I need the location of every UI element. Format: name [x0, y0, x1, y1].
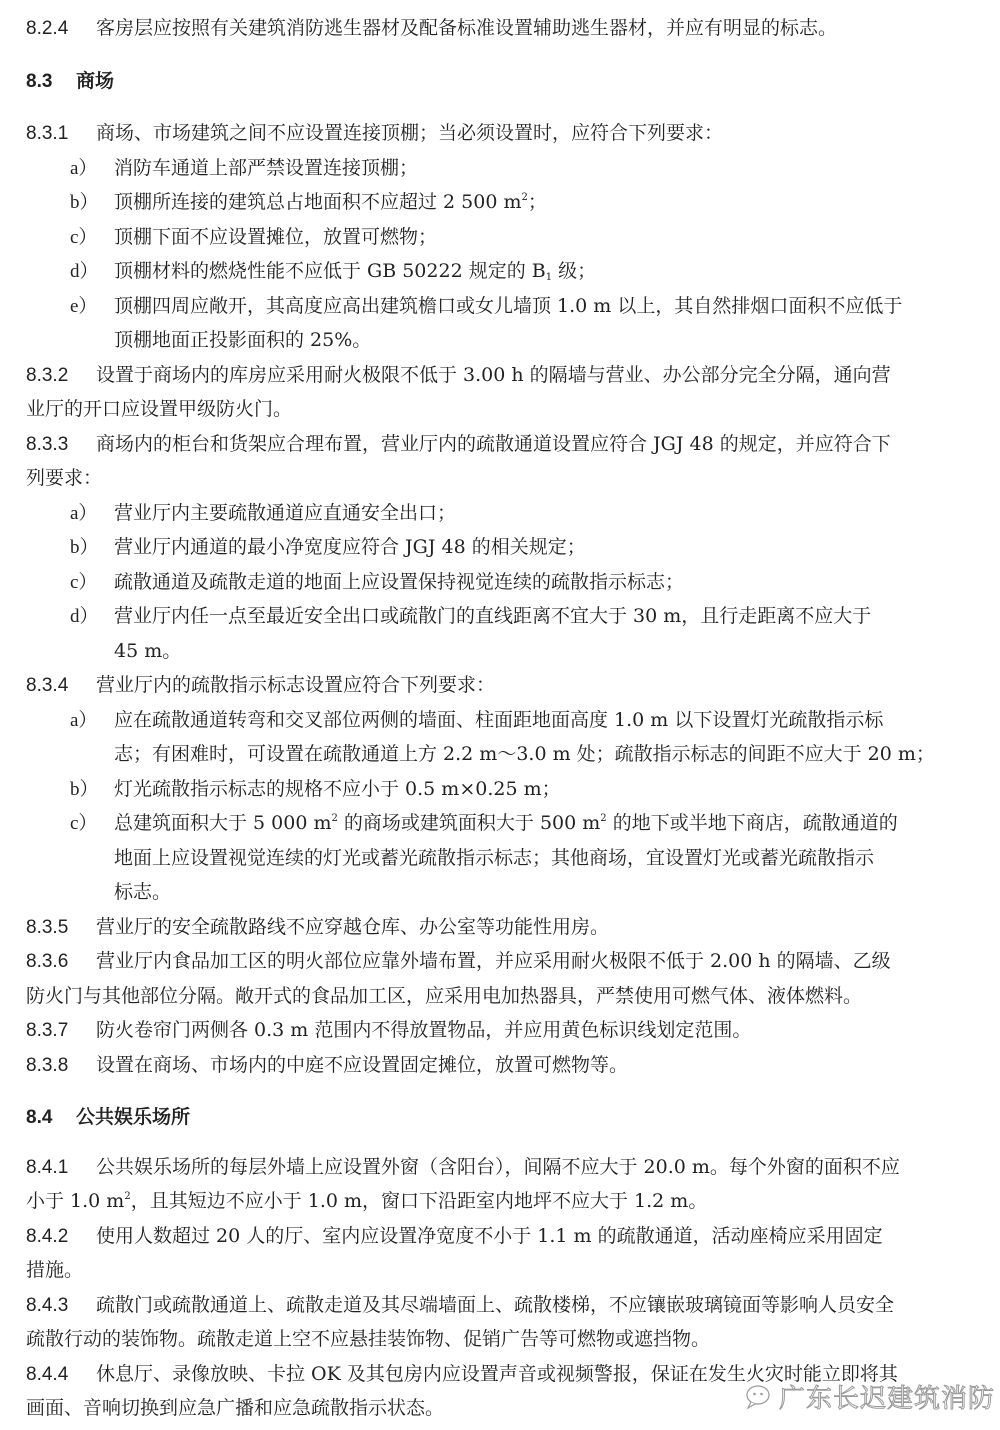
item-text: 灯光疏散指示标志的规格不应小于 0.5 m×0.25 m；	[114, 778, 561, 800]
clause-continuation: 防火门与其他部位分隔。敞开式的食品加工区，应采用电加热器具，严禁使用可燃气体、液…	[26, 984, 862, 1008]
item-text-tail: 的商场或建筑面积大于 500 m	[338, 812, 600, 834]
clause-number: 8.4.2	[26, 1225, 96, 1249]
clause-number: 8.3.6	[26, 950, 96, 974]
clause-8-4-2: 8.4.2使用人数超过 20 人的厅、室内应设置净宽度不小于 1.1 m 的疏散…	[26, 1224, 883, 1249]
item-letter: d）	[70, 605, 114, 629]
clause-8-4-3: 8.4.3疏散门或疏散通道上、疏散走道及其尽端墙面上、疏散楼梯，不应镶嵌玻璃镜面…	[26, 1293, 894, 1318]
clause-number: 8.4.3	[26, 1294, 96, 1318]
clause-8-2-4: 8.2.4客房层应按照有关建筑消防逃生器材及配备标准设置辅助逃生器材，并应有明显…	[26, 16, 837, 41]
list-item-8-3-3-c: c）疏散通道及疏散走道的地面上应设置保持视觉连续的疏散指示标志；	[70, 570, 684, 595]
item-text: 顶棚四周应敞开，其高度应高出建筑檐口或女儿墙顶 1.0 m 以上，其自然排烟口面…	[114, 295, 902, 317]
item-letter: a）	[70, 502, 114, 526]
item-letter: b）	[70, 191, 114, 215]
list-item-8-3-4-b: b）灯光疏散指示标志的规格不应小于 0.5 m×0.25 m；	[70, 777, 561, 802]
list-item-8-3-4-c: c）总建筑面积大于 5 000 m2 的商场或建筑面积大于 500 m2 的地下…	[70, 811, 898, 836]
clause-text: 公共娱乐场所的每层外墙上应设置外窗（含阳台），间隔不应大于 20.0 m。每个外…	[96, 1156, 900, 1178]
clause-text: 措施。	[26, 1259, 83, 1281]
list-item-8-3-3-a: a）营业厅内主要疏散通道应直通安全出口；	[70, 501, 456, 526]
clause-text: 商场内的柜台和货架应合理布置，营业厅内的疏散通道设置应符合 JGJ 48 的规定…	[96, 433, 891, 455]
clause-text: 营业厅内食品加工区的明火部位应靠外墙布置，并应采用耐火极限不低于 2.00 h …	[96, 950, 891, 972]
list-item-8-3-1-b: b）顶棚所连接的建筑总占地面积不应超过 2 500 m2；	[70, 190, 547, 215]
clause-8-3-6: 8.3.6营业厅内食品加工区的明火部位应靠外墙布置，并应采用耐火极限不低于 2.…	[26, 949, 891, 974]
clause-number: 8.3.3	[26, 433, 96, 457]
list-item-8-3-3-b: b）营业厅内通道的最小净宽度应符合 JGJ 48 的相关规定；	[70, 535, 586, 560]
clause-number: 8.4.4	[26, 1363, 96, 1387]
clause-text: 客房层应按照有关建筑消防逃生器材及配备标准设置辅助逃生器材，并应有明显的标志。	[96, 17, 837, 39]
section-title: 商场	[76, 70, 114, 92]
item-text: 顶棚下面不应设置摊位，放置可燃物；	[114, 226, 437, 248]
item-letter: b）	[70, 536, 114, 560]
section-number: 8.3	[26, 70, 76, 94]
list-item-continuation: 志；有困难时，可设置在疏散通道上方 2.2 m～3.0 m 处；疏散指示标志的间…	[114, 742, 935, 766]
clause-8-3-7: 8.3.7防火卷帘门两侧各 0.3 m 范围内不得放置物品，并应用黄色标识线划定…	[26, 1018, 751, 1043]
item-letter: c）	[70, 812, 114, 836]
list-item-continuation: 45 m。	[114, 639, 181, 663]
item-letter: c）	[70, 571, 114, 595]
clause-8-3-3: 8.3.3商场内的柜台和货架应合理布置，营业厅内的疏散通道设置应符合 JGJ 4…	[26, 432, 891, 457]
clause-number: 8.3.5	[26, 916, 96, 940]
clause-number: 8.3.1	[26, 122, 96, 146]
item-text: 顶棚所连接的建筑总占地面积不应超过 2 500 m	[114, 191, 522, 213]
wechat-icon	[745, 1384, 775, 1410]
clause-8-4-1: 8.4.1公共娱乐场所的每层外墙上应设置外窗（含阳台），间隔不应大于 20.0 …	[26, 1155, 900, 1180]
clause-text: 小于 1.0 m	[26, 1190, 124, 1212]
item-text: 志；有困难时，可设置在疏散通道上方 2.2 m～3.0 m 处；疏散指示标志的间…	[114, 743, 935, 765]
item-letter: e）	[70, 295, 114, 319]
item-text: 营业厅内主要疏散通道应直通安全出口；	[114, 502, 456, 524]
section-heading-8-3: 8.3商场	[26, 69, 114, 94]
clause-text: 疏散门或疏散通道上、疏散走道及其尽端墙面上、疏散楼梯，不应镶嵌玻璃镜面等影响人员…	[96, 1294, 894, 1316]
item-letter: a）	[70, 709, 114, 733]
clause-text: 画面、音响切换到应急广播和应急疏散指示状态。	[26, 1397, 444, 1419]
clause-8-3-4: 8.3.4营业厅内的疏散指示标志设置应符合下列要求：	[26, 673, 495, 698]
clause-text: 列要求：	[26, 467, 102, 489]
item-text: 地面上应设置视觉连续的灯光或蓄光疏散指示标志；其他商场，宜设置灯光或蓄光疏散指示	[114, 847, 874, 869]
item-text: 营业厅内任一点至最近安全出口或疏散门的直线距离不宜大于 30 m，且行走距离不应…	[114, 605, 871, 627]
clause-continuation: 小于 1.0 m2，且其短边不应小于 1.0 m，窗口下沿距室内地坪不应大于 1…	[26, 1189, 707, 1213]
clause-text: 防火卷帘门两侧各 0.3 m 范围内不得放置物品，并应用黄色标识线划定范围。	[96, 1019, 751, 1041]
list-item-8-3-1-e: e）顶棚四周应敞开，其高度应高出建筑檐口或女儿墙顶 1.0 m 以上，其自然排烟…	[70, 294, 902, 319]
clause-number: 8.2.4	[26, 17, 96, 41]
clause-number: 8.3.7	[26, 1019, 96, 1043]
clause-8-3-8: 8.3.8设置在商场、市场内的中庭不应设置固定摊位，放置可燃物等。	[26, 1053, 628, 1078]
item-text: 标志。	[114, 881, 171, 903]
item-text: 营业厅内通道的最小净宽度应符合 JGJ 48 的相关规定；	[114, 536, 586, 558]
clause-number: 8.3.2	[26, 364, 96, 388]
clause-text: 营业厅内的疏散指示标志设置应符合下列要求：	[96, 674, 495, 696]
list-item-continuation: 顶棚地面正投影面积的 25%。	[114, 328, 371, 352]
clause-continuation: 措施。	[26, 1258, 83, 1282]
clause-continuation: 业厅的开口应设置甲级防火门。	[26, 397, 292, 421]
clause-text: 使用人数超过 20 人的厅、室内应设置净宽度不小于 1.1 m 的疏散通道，活动…	[96, 1225, 883, 1247]
item-letter: d）	[70, 260, 114, 284]
list-item-8-3-3-d: d）营业厅内任一点至最近安全出口或疏散门的直线距离不宜大于 30 m，且行走距离…	[70, 604, 871, 629]
clause-text-tail: ，且其短边不应小于 1.0 m，窗口下沿距室内地坪不应大于 1.2 m。	[131, 1190, 708, 1212]
clause-8-3-5: 8.3.5营业厅的安全疏散路线不应穿越仓库、办公室等功能性用房。	[26, 915, 609, 940]
list-item-8-3-1-a: a）消防车通道上部严禁设置连接顶棚；	[70, 156, 418, 181]
item-text: 顶棚材料的燃烧性能不应低于 GB 50222 规定的 B	[114, 260, 546, 282]
item-text: 消防车通道上部严禁设置连接顶棚；	[114, 157, 418, 179]
watermark-text: 广东长迟建筑消防	[779, 1378, 995, 1415]
list-item-8-3-1-d: d）顶棚材料的燃烧性能不应低于 GB 50222 规定的 B1 级；	[70, 259, 596, 284]
clause-continuation: 列要求：	[26, 466, 102, 490]
item-text-tail: 的地下或半地下商店，疏散通道的	[607, 812, 898, 834]
item-letter: b）	[70, 778, 114, 802]
list-item-continuation: 地面上应设置视觉连续的灯光或蓄光疏散指示标志；其他商场，宜设置灯光或蓄光疏散指示	[114, 846, 874, 870]
item-text-tail: ；	[528, 191, 547, 213]
clause-text: 设置于商场内的库房应采用耐火极限不低于 3.00 h 的隔墙与营业、办公部分完全…	[96, 364, 891, 386]
item-text: 应在疏散通道转弯和交叉部位两侧的墙面、柱面距地面高度 1.0 m 以下设置灯光疏…	[114, 709, 883, 731]
clause-number: 8.4.1	[26, 1156, 96, 1180]
list-item-8-3-1-c: c）顶棚下面不应设置摊位，放置可燃物；	[70, 225, 437, 250]
clause-continuation: 画面、音响切换到应急广播和应急疏散指示状态。	[26, 1396, 444, 1420]
clause-continuation: 疏散行动的装饰物。疏散走道上空不应悬挂装饰物、促销广告等可燃物或遮挡物。	[26, 1327, 710, 1351]
item-letter: a）	[70, 157, 114, 181]
section-number: 8.4	[26, 1106, 76, 1130]
item-text: 总建筑面积大于 5 000 m	[114, 812, 332, 834]
item-text: 疏散通道及疏散走道的地面上应设置保持视觉连续的疏散指示标志；	[114, 571, 684, 593]
clause-text: 疏散行动的装饰物。疏散走道上空不应悬挂装饰物、促销广告等可燃物或遮挡物。	[26, 1328, 710, 1350]
list-item-8-3-4-a: a）应在疏散通道转弯和交叉部位两侧的墙面、柱面距地面高度 1.0 m 以下设置灯…	[70, 708, 883, 733]
clause-8-3-1: 8.3.1商场、市场建筑之间不应设置连接顶棚；当必须设置时，应符合下列要求：	[26, 121, 723, 146]
item-text: 45 m。	[114, 640, 181, 662]
item-text-tail: 级；	[552, 260, 596, 282]
clause-text: 商场、市场建筑之间不应设置连接顶棚；当必须设置时，应符合下列要求：	[96, 122, 723, 144]
clause-8-3-2: 8.3.2设置于商场内的库房应采用耐火极限不低于 3.00 h 的隔墙与营业、办…	[26, 363, 891, 388]
clause-number: 8.3.8	[26, 1054, 96, 1078]
clause-number: 8.3.4	[26, 674, 96, 698]
item-text: 顶棚地面正投影面积的 25%。	[114, 329, 371, 351]
clause-text: 营业厅的安全疏散路线不应穿越仓库、办公室等功能性用房。	[96, 916, 609, 938]
clause-text: 业厅的开口应设置甲级防火门。	[26, 398, 292, 420]
section-title: 公共娱乐场所	[76, 1106, 190, 1128]
item-letter: c）	[70, 226, 114, 250]
list-item-continuation: 标志。	[114, 880, 171, 904]
watermark: 广东长迟建筑消防	[745, 1378, 995, 1415]
clause-text: 设置在商场、市场内的中庭不应设置固定摊位，放置可燃物等。	[96, 1054, 628, 1076]
section-heading-8-4: 8.4公共娱乐场所	[26, 1105, 190, 1130]
clause-text: 防火门与其他部位分隔。敞开式的食品加工区，应采用电加热器具，严禁使用可燃气体、液…	[26, 985, 862, 1007]
